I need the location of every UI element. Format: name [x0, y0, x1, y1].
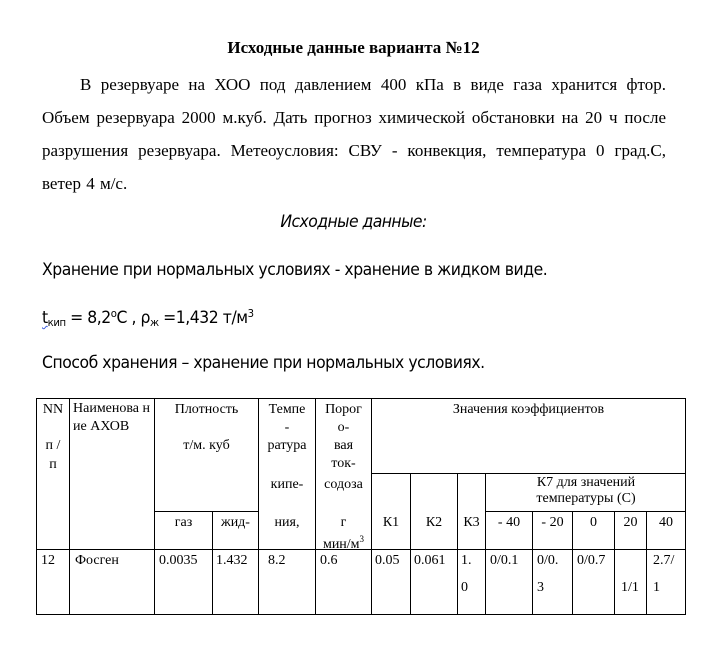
header-density-gas: газ: [155, 513, 212, 532]
header-threshold-l5: содоза: [316, 475, 371, 494]
cell-boiling-temp: 8.2: [268, 551, 286, 570]
threshold-unit-text: мин/м: [323, 537, 360, 552]
table-divider: [371, 473, 686, 474]
header-k7-temp-0: 0: [573, 513, 614, 532]
source-data-table: NN п / п Наименова ние АХОВ Плотность т/…: [0, 0, 707, 649]
table-divider: [457, 473, 458, 615]
header-k7: К7 для значений температуры (С): [500, 475, 672, 507]
threshold-unit-power: 3: [360, 534, 365, 544]
header-threshold-l4: ток-: [316, 454, 371, 473]
header-threshold-l2: о-: [316, 418, 371, 437]
header-threshold-dose: Порог: [316, 400, 371, 419]
header-nn-sub1: п /: [37, 436, 69, 455]
cell-k7-m20: 0/0.: [537, 551, 558, 570]
cell-k7-m20-cont: 3: [537, 578, 544, 597]
table-divider: [154, 511, 258, 512]
header-k7-temp-20: 20: [615, 513, 646, 532]
table-border: [36, 398, 686, 399]
cell-k3-cont: 0: [461, 578, 468, 597]
header-boiling-temp: Темпе: [259, 400, 315, 419]
table-border: [36, 398, 37, 615]
header-nn: NN: [37, 400, 69, 419]
cell-k7-20: 1/1: [621, 578, 639, 597]
header-boiling-temp-l5: ния,: [259, 513, 315, 532]
header-name: Наименова ние АХОВ: [73, 400, 155, 436]
header-k2: К2: [411, 513, 457, 532]
cell-name: Фосген: [75, 551, 119, 570]
cell-k3: 1.: [461, 551, 472, 570]
cell-density-liquid: 1.432: [216, 551, 248, 570]
table-border: [36, 614, 686, 615]
cell-k7-40: 2.7/: [653, 551, 674, 570]
table-divider: [410, 473, 411, 615]
header-k7-temp-m20: - 20: [533, 513, 572, 532]
header-threshold-l3: вая: [316, 436, 371, 455]
table-divider: [69, 398, 70, 615]
header-k7-temp-m40: - 40: [486, 513, 532, 532]
cell-k2: 0.061: [414, 551, 446, 570]
cell-k1: 0.05: [375, 551, 400, 570]
header-boiling-temp-l4: кипе-: [259, 475, 315, 494]
header-coefficients: Значения коэффициентов: [372, 400, 685, 419]
cell-k7-0: 0/0.7: [577, 551, 605, 570]
cell-k7-40-cont: 1: [653, 578, 660, 597]
cell-k7-m40: 0/0.1: [490, 551, 518, 570]
table-divider: [485, 511, 686, 512]
table-divider: [371, 398, 372, 615]
cell-nn: 12: [41, 551, 55, 570]
header-boiling-temp-l2: -: [259, 418, 315, 437]
table-border: [685, 398, 686, 615]
header-k1: К1: [372, 513, 410, 532]
table-divider: [485, 473, 486, 615]
header-nn-sub2: п: [37, 455, 69, 474]
header-density-liquid: жид-: [213, 513, 258, 532]
cell-threshold-dose: 0.6: [320, 551, 338, 570]
header-k7-temp-40: 40: [647, 513, 685, 532]
header-boiling-temp-l3: ратура: [259, 436, 315, 455]
header-density-unit: т/м. куб: [155, 436, 258, 455]
header-k3: К3: [458, 513, 485, 532]
cell-density-gas: 0.0035: [159, 551, 198, 570]
header-density: Плотность: [155, 400, 258, 419]
